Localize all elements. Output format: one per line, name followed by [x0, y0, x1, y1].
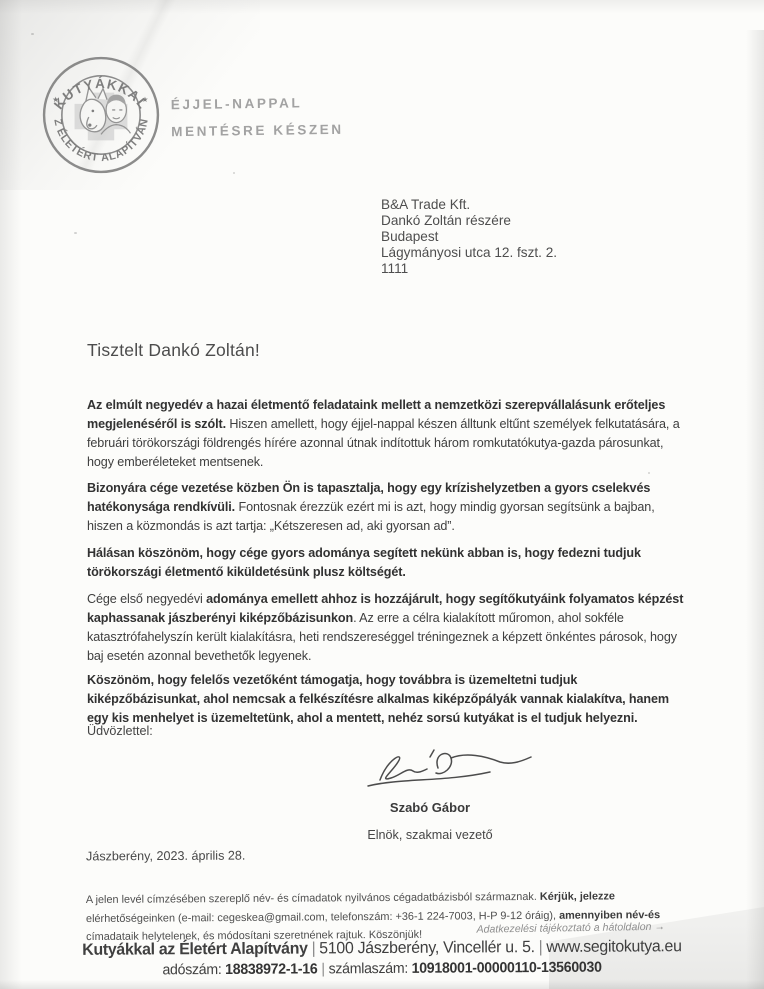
- tagline: ÉJJEL-NAPPAL MENTÉSRE KÉSZEN: [171, 89, 344, 145]
- star-icon: ★: [52, 95, 59, 104]
- scan-shadow-bottom: [0, 980, 764, 989]
- paper-speck: [31, 33, 34, 35]
- arrow-right-icon: →: [654, 921, 665, 933]
- paragraph-4-pre: Cége első negyedévi: [87, 592, 206, 606]
- paragraph-1: Az elmúlt negyedév a hazai életmentő fel…: [87, 396, 688, 472]
- scanned-letter-page: KUTYÁKKAL AZ ÉLETÉRT ALAPÍTVÁNY ★ ★ ÉJJE…: [0, 0, 764, 989]
- footer-address: 5100 Jászberény, Vincellér u. 5.: [319, 938, 535, 957]
- paragraph-5: Köszönöm, hogy felelős vezetőként támoga…: [87, 671, 688, 728]
- star-icon: ★: [142, 95, 149, 104]
- paper-speck: [74, 232, 77, 234]
- scan-shadow-left: [0, 0, 22, 989]
- recipient-city: Budapest: [381, 229, 557, 245]
- recipient-zip: 1111: [381, 261, 557, 277]
- tagline-line2: MENTÉSRE KÉSZEN: [171, 116, 344, 145]
- paragraph-2: Bizonyára cége vezetése közben Ön is tap…: [87, 479, 688, 536]
- salutation: Tisztelt Dankó Zoltán!: [87, 340, 260, 361]
- signer-name: Szabó Gábor: [310, 800, 550, 815]
- footer-separator: |: [317, 961, 328, 977]
- dateline: Jászberény, 2023. április 28.: [86, 849, 245, 864]
- disclaimer-bold1: Kérjük, jelezze: [540, 890, 615, 903]
- recipient-name: Dankó Zoltán részére: [381, 213, 557, 229]
- paper-speck: [648, 472, 650, 474]
- disclaimer-bold2: amennyiben név-és: [559, 909, 660, 922]
- footer-separator: |: [535, 938, 547, 956]
- recipient-address-block: B&A Trade Kft. Dankó Zoltán részére Buda…: [381, 197, 557, 277]
- tagline-line1: ÉJJEL-NAPPAL: [171, 89, 344, 118]
- handwritten-signature: [350, 744, 540, 798]
- paper-speck: [233, 172, 235, 174]
- scan-shadow-top: [0, 0, 764, 14]
- footer-tax-number: 18838972-1-16: [225, 961, 317, 978]
- paragraph-3: Hálásan köszönöm, hogy cége gyors adomán…: [87, 544, 688, 582]
- paragraph-5-bold: Köszönöm, hogy felelős vezetőként támoga…: [87, 673, 669, 725]
- foundation-stamp-logo: KUTYÁKKAL AZ ÉLETÉRT ALAPÍTVÁNY ★ ★: [40, 54, 162, 176]
- disclaimer-part2: elérhetőségeinken (e-mail: cegeskea@gmai…: [86, 909, 559, 924]
- footer-org-name: Kutyákkal az Életért Alapítvány: [82, 939, 308, 958]
- closing: Üdvözlettel:: [87, 724, 153, 738]
- footer-tax-label: adószám:: [162, 962, 221, 978]
- scan-shadow-right: [746, 30, 764, 989]
- recipient-street: Lágymányosi utca 12. fszt. 2.: [381, 245, 557, 261]
- footer-account-label: számlaszám:: [329, 961, 408, 977]
- footer-website: www.segitokutya.eu: [546, 937, 681, 956]
- paragraph-3-bold: Hálásan köszönöm, hogy cége gyors adomán…: [87, 546, 641, 579]
- footer-account-number: 10918001-00000110-13560030: [412, 960, 602, 977]
- signer-title: Elnök, szakmai vezető: [310, 828, 550, 842]
- footer: Kutyákkal az Életért Alapítvány|5100 Jás…: [11, 936, 752, 982]
- recipient-company: B&A Trade Kft.: [381, 197, 557, 213]
- paragraph-4: Cége első negyedévi adománya emellett ah…: [87, 590, 688, 666]
- footer-separator: |: [308, 939, 320, 957]
- disclaimer-part1: A jelen levél címzésében szereplő név- é…: [86, 891, 540, 906]
